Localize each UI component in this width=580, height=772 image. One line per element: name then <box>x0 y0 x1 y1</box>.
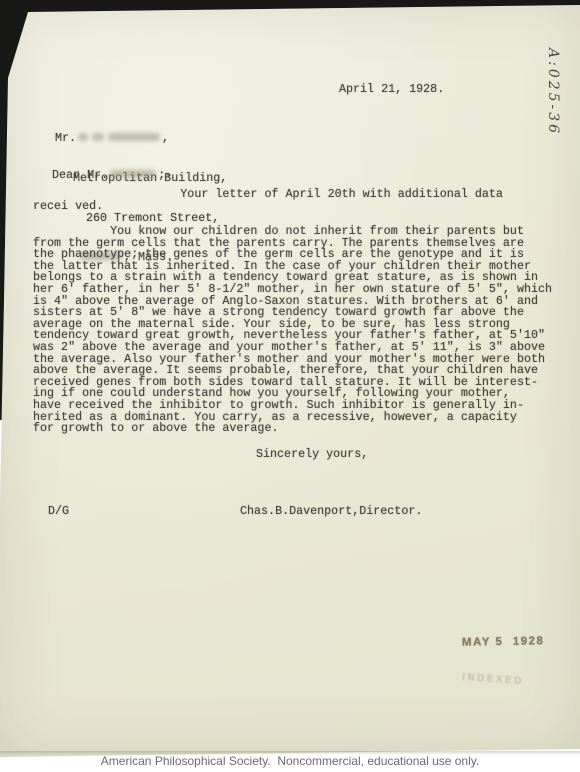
aps-credit-footer: American Philosophical Society. Noncomme… <box>0 754 580 768</box>
salutation-suffix: ;- <box>158 168 172 182</box>
recipient-name-line: Mr., <box>55 132 227 145</box>
letter-date: April 21, 1928. <box>339 84 444 96</box>
recipient-prefix: Mr. <box>55 131 76 145</box>
opening-paragraph: Your letter of April 20th with additiona… <box>33 189 503 212</box>
redacted-initial <box>78 133 88 141</box>
redacted-surname <box>108 133 160 141</box>
recipient-street: 260 Tremont Street, <box>55 212 227 225</box>
redacted-salutation-name <box>110 170 156 178</box>
body-paragraph: You know our children do not inherit fro… <box>33 226 552 435</box>
signature-line: Chas.B.Davenport,Director. <box>240 506 422 518</box>
redacted-initial <box>92 133 104 141</box>
scanned-letter-page: A:025-36 April 21, 1928. Mr., Metropolit… <box>0 0 580 772</box>
closing-line: Sincerely yours, <box>256 449 368 461</box>
recipient-name-comma: , <box>162 131 169 145</box>
catalog-number: A:025-36 <box>545 48 561 136</box>
salutation-prefix: Dear Mr. <box>52 168 108 182</box>
typist-initials: D/G <box>48 506 69 518</box>
received-date-stamp: MAY 5 1928 <box>462 635 545 648</box>
salutation-line: Dear Mr.;- <box>52 170 172 182</box>
